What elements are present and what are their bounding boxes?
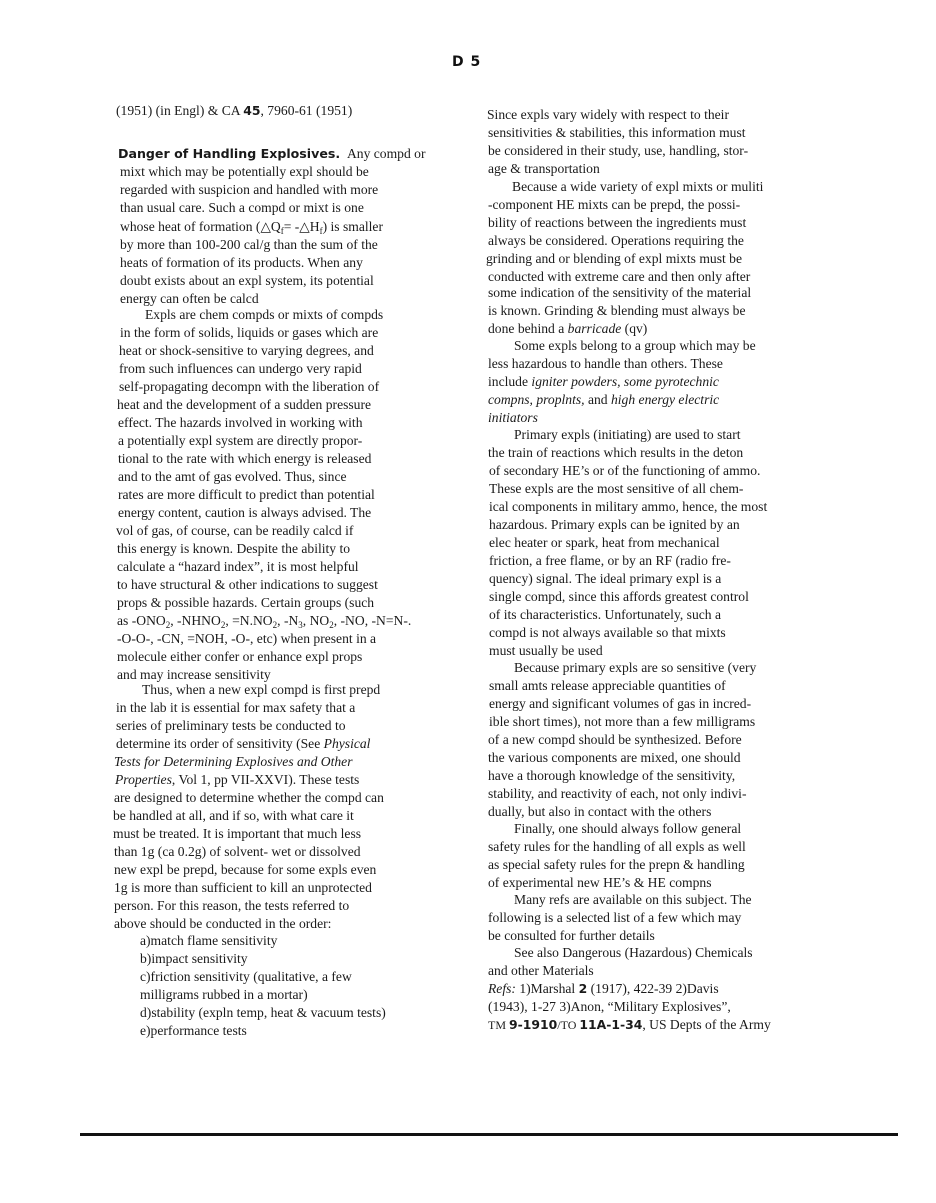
text-line: effect. The hazards involved in working … <box>118 414 363 432</box>
italic-term: high energy electric <box>611 392 719 407</box>
text-line: to have structural & other indications t… <box>117 576 378 594</box>
text-line: series of preliminary tests be conducted… <box>116 717 346 735</box>
text-span: determine its order of sensitivity (See <box>116 736 324 751</box>
text-span: , US Depts of the Army <box>642 1017 770 1032</box>
chem-group: , -NHNO <box>170 613 221 628</box>
italic-title: Tests for Determining Explosives and Oth… <box>114 754 353 769</box>
text-line: as special safety rules for the prepn & … <box>488 856 745 874</box>
list-item: a)match flame sensitivity <box>140 932 277 950</box>
footer-rule <box>80 1133 898 1136</box>
text-line: tional to the rate with which energy is … <box>118 450 371 468</box>
text-line: some indication of the sensitivity of th… <box>488 284 751 302</box>
citation-text: (1951) (in Engl) & CA <box>116 103 243 118</box>
text-line: doubt exists about an expl system, its p… <box>120 272 374 290</box>
text-line: molecule either confer or enhance expl p… <box>117 648 362 666</box>
text-line: new expl be prepd, because for some expl… <box>114 861 376 879</box>
tm-number: 9-1910 <box>509 1017 557 1032</box>
list-item: e)performance tests <box>140 1022 247 1040</box>
text-line: props & possible hazards. Certain groups… <box>117 594 374 612</box>
text-line: ical components in military ammo, hence,… <box>489 498 767 516</box>
text-line: sensitivities & stabilities, this inform… <box>488 124 746 142</box>
text-line: the various components are mixed, one sh… <box>488 749 741 767</box>
chem-group: , -N <box>277 613 298 628</box>
text-line: by more than 100-200 cal/g than the sum … <box>120 236 378 254</box>
text-line: age & transportation <box>488 160 600 178</box>
text-line: safety rules for the handling of all exp… <box>488 838 746 856</box>
text-line: friction, a free flame, or by an RF (rad… <box>489 552 731 570</box>
text-line: mixt which may be potentially expl shoul… <box>120 163 369 181</box>
italic-title: Physical <box>324 736 371 751</box>
text-span: as <box>117 613 132 628</box>
text-span: /TO <box>557 1018 579 1032</box>
text-line: -O-O-, -CN, =NOH, -O-, etc) when present… <box>117 630 376 648</box>
to-number: 11A-1-34 <box>579 1017 642 1032</box>
text-line: person. For this reason, the tests refer… <box>114 897 349 915</box>
text-line: as -ONO2, -NHNO2, =N.NO2, -N3, NO2, -NO,… <box>117 612 411 630</box>
text-line: calculate a “hazard index”, it is most h… <box>117 558 359 576</box>
text-span: Any compd or <box>347 146 426 161</box>
text-line: initiators <box>488 409 538 427</box>
text-span: 1)Marshal <box>516 981 579 996</box>
list-item: b)impact sensitivity <box>140 950 248 968</box>
text-line: compns, proplnts, and high energy electr… <box>488 391 719 409</box>
text-line: Thus, when a new expl compd is first pre… <box>142 681 380 699</box>
text-line: are designed to determine whether the co… <box>114 789 384 807</box>
text-span: ) is smaller <box>323 219 383 234</box>
text-line: this energy is known. Despite the abilit… <box>117 540 350 558</box>
text-line: following is a selected list of a few wh… <box>488 909 741 927</box>
text-line: (1951) (in Engl) & CA 45, 7960-61 (1951) <box>116 102 352 120</box>
text-line: be handled at all, and if so, with what … <box>113 807 354 825</box>
text-span: and <box>585 392 611 407</box>
text-line: quency) signal. The ideal primary expl i… <box>489 570 721 588</box>
text-line: Expls are chem compds or mixts of compds <box>145 306 383 324</box>
text-line: hazardous. Primary expls can be ignited … <box>489 516 740 534</box>
text-span: include <box>488 374 531 389</box>
text-line: regarded with suspicion and handled with… <box>120 181 378 199</box>
text-line: of secondary HE’s or of the functioning … <box>489 462 760 480</box>
ca-volume: 45 <box>243 103 260 118</box>
text-line: These expls are the most sensitive of al… <box>489 480 743 498</box>
text-line: vol of gas, of course, can be readily ca… <box>116 522 353 540</box>
text-line: be consulted for further details <box>488 927 655 945</box>
references-line: (1943), 1-27 3)Anon, “Military Explosive… <box>488 998 731 1016</box>
text-line: in the lab it is essential for max safet… <box>116 699 355 717</box>
text-line: Primary expls (initiating) are used to s… <box>514 426 741 444</box>
references-line: Refs: 1)Marshal 2 (1917), 422-39 2)Davis <box>488 980 719 998</box>
text-line: whose heat of formation (△Qf= -△Hf) is s… <box>120 218 383 236</box>
list-item: milligrams rubbed in a mortar) <box>140 986 308 1004</box>
text-line: is known. Grinding & blending must alway… <box>488 302 746 320</box>
text-line: a potentially expl system are directly p… <box>118 432 362 450</box>
text-line: energy and significant volumes of gas in… <box>489 695 751 713</box>
chem-group: , -NO, -N=N-. <box>334 613 412 628</box>
text-line: and other Materials <box>488 962 594 980</box>
text-line: bility of reactions between the ingredie… <box>488 214 746 232</box>
ref-volume: 2 <box>579 981 588 996</box>
text-span: , Vol 1, pp VII-XXVI). These tests <box>172 772 359 787</box>
citation-tail: , 7960-61 (1951) <box>261 103 353 118</box>
text-line: rates are more difficult to predict than… <box>118 486 375 504</box>
text-line: self-propagating decompn with the libera… <box>119 378 379 396</box>
references-line: TM 9-1910/TO 11A-1-34, US Depts of the A… <box>488 1016 771 1034</box>
text-line: compd is not always available so that mi… <box>489 624 726 642</box>
formula-delta-q: △Q <box>260 219 280 234</box>
text-span: TM <box>488 1018 509 1032</box>
text-line: Danger of Handling Explosives. Any compd… <box>118 145 425 163</box>
text-line: ible short times), not more than a few m… <box>489 713 755 731</box>
text-line: -component HE mixts can be prepd, the po… <box>488 196 740 214</box>
text-line: heat or shock-sensitive to varying degre… <box>119 342 374 360</box>
text-line: have a thorough knowledge of the sensiti… <box>488 767 735 785</box>
text-line: Tests for Determining Explosives and Oth… <box>114 753 353 771</box>
refs-label: Refs: <box>488 981 516 996</box>
text-line: the train of reactions which results in … <box>488 444 743 462</box>
text-line: include igniter powders, some pyrotechni… <box>488 373 719 391</box>
page-number: D 5 <box>452 54 481 70</box>
text-line: heats of formation of its products. When… <box>120 254 363 272</box>
italic-term: compns, proplnts, <box>488 392 585 407</box>
section-heading: Danger of Handling Explosives. <box>118 146 340 161</box>
italic-term: initiators <box>488 410 538 425</box>
text-line: be considered in their study, use, handl… <box>488 142 748 160</box>
chem-group: -ONO <box>132 613 166 628</box>
text-line: Some expls belong to a group which may b… <box>514 337 756 355</box>
text-line: Finally, one should always follow genera… <box>514 820 741 838</box>
text-line: and to the amt of gas evolved. Thus, sin… <box>118 468 347 486</box>
text-line: must be treated. It is important that mu… <box>113 825 361 843</box>
italic-term: igniter powders, some pyrotechnic <box>531 374 719 389</box>
text-line: determine its order of sensitivity (See … <box>116 735 370 753</box>
text-line: elec heater or spark, heat from mechanic… <box>489 534 720 552</box>
text-line: above should be conducted in the order: <box>114 915 331 933</box>
text-line: always be considered. Operations requiri… <box>488 232 744 250</box>
text-line: stability, and reactivity of each, not o… <box>488 785 746 803</box>
text-line: 1g is more than sufficient to kill an un… <box>114 879 372 897</box>
text-line: less hazardous to handle than others. Th… <box>488 355 723 373</box>
text-line: than usual care. Such a compd or mixt is… <box>120 199 364 217</box>
text-line: Because a wide variety of expl mixts or … <box>512 178 763 196</box>
text-line: in the form of solids, liquids or gases … <box>120 324 378 342</box>
text-line: than 1g (ca 0.2g) of solvent- wet or dis… <box>114 843 361 861</box>
text-line: dually, but also in contact with the oth… <box>488 803 711 821</box>
text-line: heat and the development of a sudden pre… <box>117 396 371 414</box>
text-line: single compd, since this affords greates… <box>489 588 749 606</box>
text-line: energy content, caution is always advise… <box>118 504 371 522</box>
text-line: Since expls vary widely with respect to … <box>487 106 729 124</box>
text-span: whose heat of formation ( <box>120 219 260 234</box>
chem-group: , NO <box>303 613 329 628</box>
text-span: (qv) <box>621 321 647 336</box>
list-item: c)friction sensitivity (qualitative, a f… <box>140 968 352 986</box>
text-line: of experimental new HE’s & HE compns <box>488 874 712 892</box>
text-line: from such influences can undergo very ra… <box>119 360 362 378</box>
text-line: must usually be used <box>489 642 603 660</box>
text-line: Many refs are available on this subject.… <box>514 891 752 909</box>
text-line: See also Dangerous (Hazardous) Chemicals <box>514 944 753 962</box>
chem-group: , =N.NO <box>225 613 272 628</box>
text-span: (1917), 422-39 2)Davis <box>587 981 718 996</box>
text-line: grinding and or blending of expl mixts m… <box>486 250 742 268</box>
cross-reference-term: barricade <box>568 321 622 336</box>
italic-title: Properties <box>115 772 172 787</box>
text-line: Because primary expls are so sensitive (… <box>514 659 756 677</box>
list-item: d)stability (expln temp, heat & vacuum t… <box>140 1004 386 1022</box>
text-line: done behind a barricade (qv) <box>488 320 647 338</box>
text-line: Properties, Vol 1, pp VII-XXVI). These t… <box>115 771 359 789</box>
text-span: done behind a <box>488 321 568 336</box>
text-line: small amts release appreciable quantitie… <box>489 677 726 695</box>
text-line: of its characteristics. Unfortunately, s… <box>489 606 721 624</box>
text-line: of a new compd should be synthesized. Be… <box>488 731 742 749</box>
formula-delta-h: = -△H <box>284 219 320 234</box>
